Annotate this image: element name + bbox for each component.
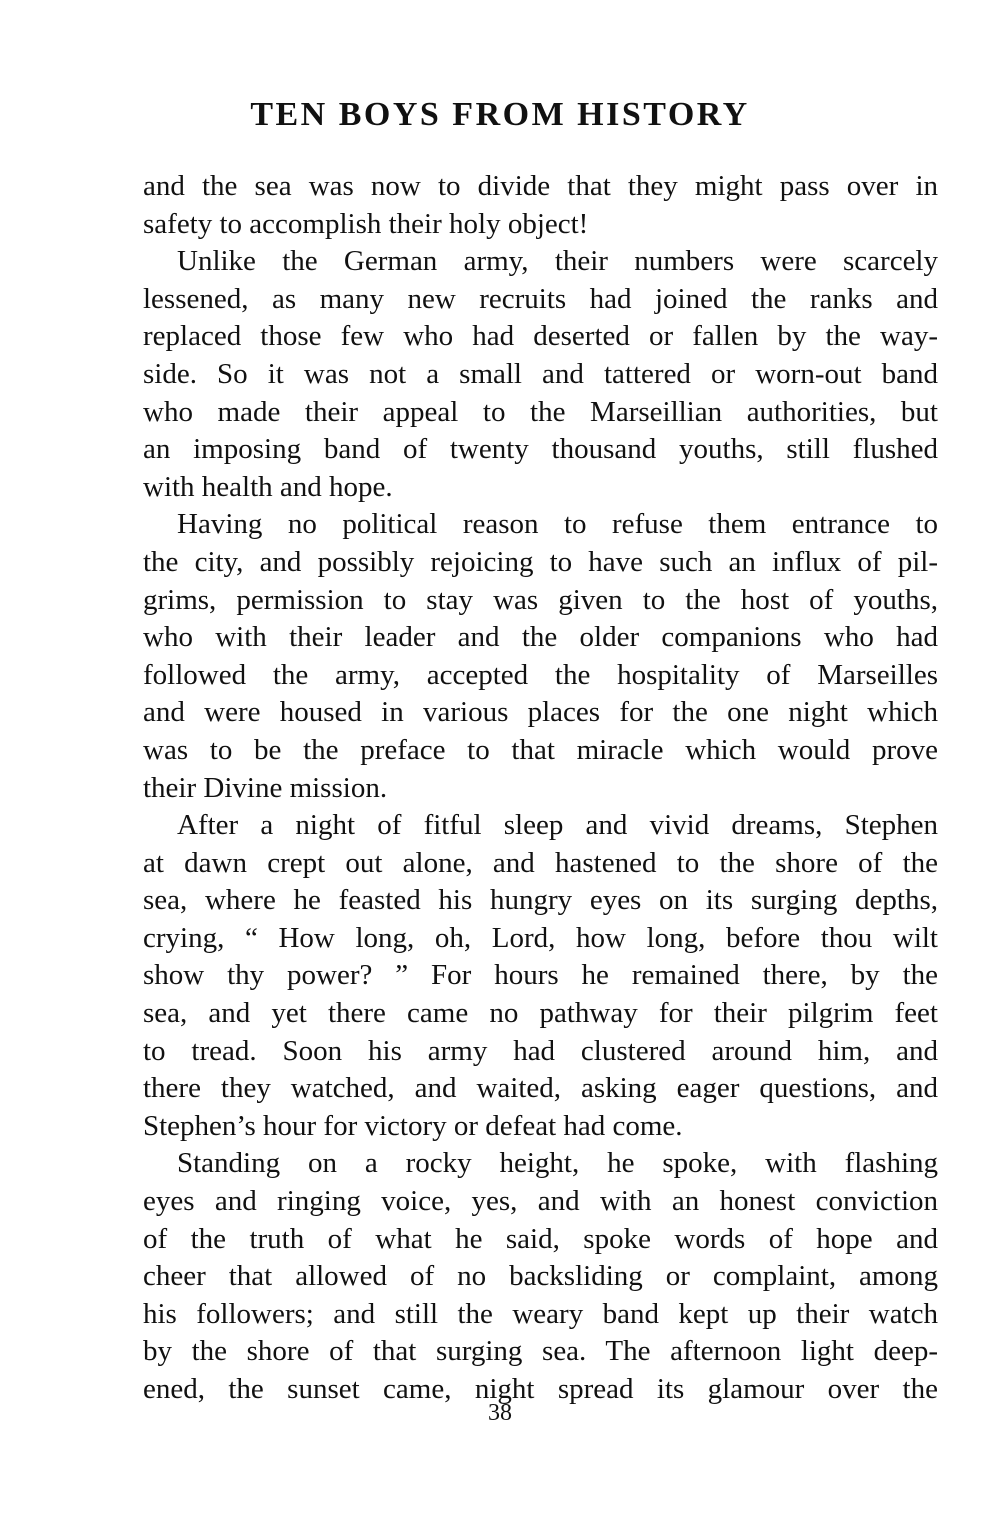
text-line: their Divine mission.	[143, 770, 938, 808]
text-line: Standing on a rocky height, he spoke, wi…	[143, 1145, 938, 1183]
text-line: who made their appeal to the Marseillian…	[143, 394, 938, 432]
text-line: to tread. Soon his army had clustered ar…	[143, 1033, 938, 1071]
text-line: of the truth of what he said, spoke word…	[143, 1221, 938, 1259]
text-line: by the shore of that surging sea. The af…	[143, 1333, 938, 1371]
text-line: at dawn crept out alone, and hastened to…	[143, 845, 938, 883]
text-line: his followers; and still the weary band …	[143, 1296, 938, 1334]
text-line: grims, permission to stay was given to t…	[143, 582, 938, 620]
text-line: sea, where he feasted his hungry eyes on…	[143, 882, 938, 920]
book-page: TEN BOYS FROM HISTORY and the sea was no…	[0, 0, 1000, 1514]
text-line: and the sea was now to divide that they …	[143, 168, 938, 206]
text-line: crying, “ How long, oh, Lord, how long, …	[143, 920, 938, 958]
text-line: After a night of fitful sleep and vivid …	[143, 807, 938, 845]
text-line: an imposing band of twenty thousand yout…	[143, 431, 938, 469]
text-line: cheer that allowed of no backsliding or …	[143, 1258, 938, 1296]
text-line: and were housed in various places for th…	[143, 694, 938, 732]
text-line: the city, and possibly rejoicing to have…	[143, 544, 938, 582]
text-line: sea, and yet there came no pathway for t…	[143, 995, 938, 1033]
text-line: Unlike the German army, their numbers we…	[143, 243, 938, 281]
text-line: was to be the preface to that miracle wh…	[143, 732, 938, 770]
text-line: lessened, as many new recruits had joine…	[143, 281, 938, 319]
text-line: eyes and ringing voice, yes, and with an…	[143, 1183, 938, 1221]
text-line: replaced those few who had deserted or f…	[143, 318, 938, 356]
text-line: who with their leader and the older comp…	[143, 619, 938, 657]
text-line: there they watched, and waited, asking e…	[143, 1070, 938, 1108]
text-line: followed the army, accepted the hospital…	[143, 657, 938, 695]
text-line: with health and hope.	[143, 469, 938, 507]
text-line: safety to accomplish their holy object!	[143, 206, 938, 244]
text-line: show thy power? ” For hours he remained …	[143, 957, 938, 995]
text-line: Stephen’s hour for victory or defeat had…	[143, 1108, 938, 1146]
text-line: side. So it was not a small and tattered…	[143, 356, 938, 394]
text-line: Having no political reason to refuse the…	[143, 506, 938, 544]
page-number: 38	[0, 1398, 1000, 1428]
body-text: and the sea was now to divide that they …	[143, 168, 938, 1409]
running-head: TEN BOYS FROM HISTORY	[0, 93, 1000, 137]
